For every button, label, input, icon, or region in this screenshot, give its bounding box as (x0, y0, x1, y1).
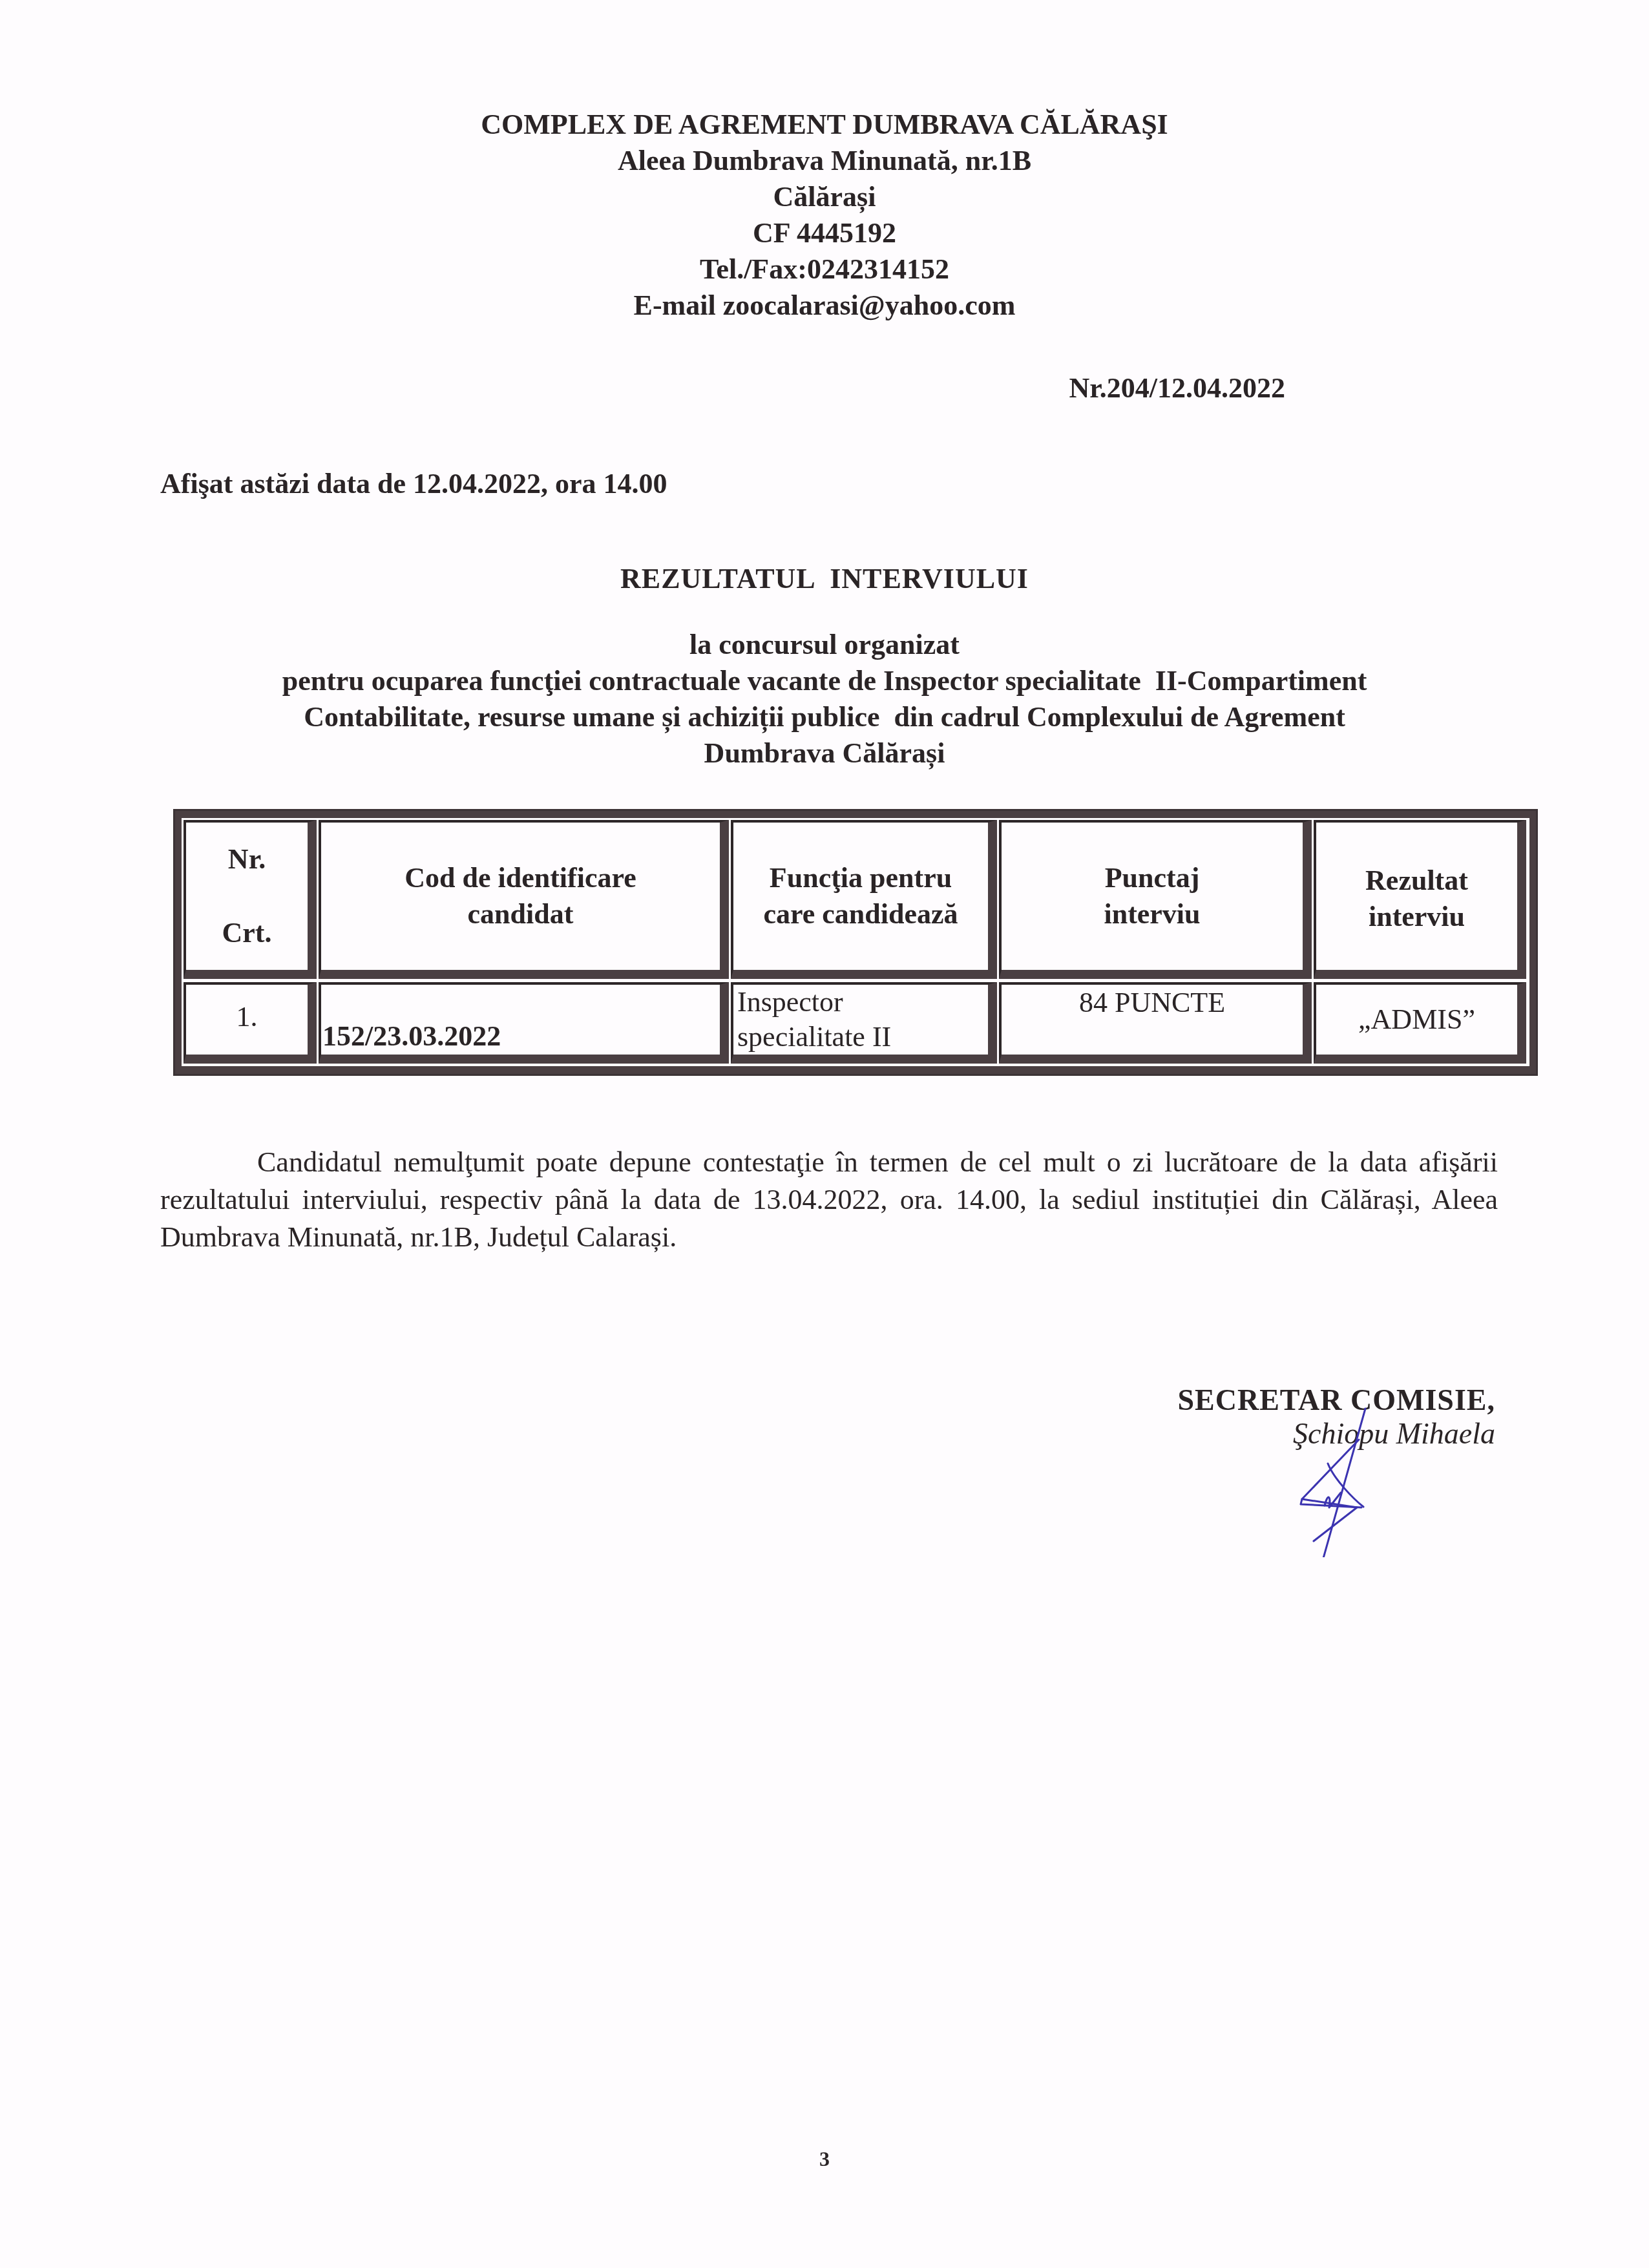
document-subtitle: la concursul organizat pentru ocuparea f… (0, 627, 1649, 772)
header-candidate-code: Cod de identificare candidat (319, 820, 729, 979)
subtitle-line: Contabilitate, resurse umane și achiziți… (0, 699, 1649, 735)
posted-notice: Afişat astăzi data de 12.04.2022, ora 14… (160, 467, 667, 500)
table-row-nr: 1. (184, 982, 317, 1064)
page-number: 3 (0, 2147, 1649, 2171)
email: E-mail zoocalarasi@yahoo.com (0, 288, 1649, 324)
table-row-code: 152/23.03.2022 (319, 982, 729, 1064)
table-row-result: „ADMIS” (1314, 982, 1526, 1064)
letterhead: COMPLEX DE AGREMENT DUMBRAVA CĂLĂRAŞI Al… (0, 107, 1649, 324)
header-function: Funcţia pentru care candidează (731, 820, 997, 979)
header-text: Cod de identificare (404, 860, 636, 896)
candidate-code: 152/23.03.2022 (322, 1020, 501, 1052)
phone-fax: Tel./Fax:0242314152 (0, 251, 1649, 288)
document-number: Nr.204/12.04.2022 (1069, 372, 1286, 404)
header-text: candidat (468, 896, 574, 932)
table-row-score: 84 PUNCTE (999, 982, 1312, 1064)
header-text: interviu (1104, 896, 1200, 932)
handwritten-signature-icon (1283, 1402, 1386, 1557)
subtitle-line: pentru ocuparea funcţiei contractuale va… (0, 663, 1649, 699)
header-interview-score: Punctaj interviu (999, 820, 1312, 979)
header-interview-result: Rezultat interviu (1314, 820, 1526, 979)
header-text: Rezultat (1365, 863, 1468, 899)
header-text: Funcţia pentru (770, 860, 952, 896)
subtitle-line: Dumbrava Călărași (0, 735, 1649, 772)
institution-name: COMPLEX DE AGREMENT DUMBRAVA CĂLĂRAŞI (0, 107, 1649, 143)
function-text: specialitate II (737, 1020, 988, 1055)
header-text: Nr. (228, 841, 266, 877)
header-text: Punctaj (1105, 860, 1200, 896)
interview-result: „ADMIS” (1358, 1003, 1475, 1035)
row-nr: 1. (236, 1001, 258, 1033)
results-table: Nr. Crt. Cod de identificare candidat Fu… (173, 809, 1538, 1076)
table-body: Nr. Crt. Cod de identificare candidat Fu… (182, 818, 1529, 1066)
header-text: Crt. (222, 915, 272, 951)
interview-score: 84 PUNCTE (1079, 987, 1225, 1018)
header-text: care candidează (763, 896, 958, 932)
table-row-function: Inspector specialitate II (731, 982, 997, 1064)
subtitle-line: la concursul organizat (0, 627, 1649, 663)
function-text: Inspector (737, 985, 988, 1020)
appeal-paragraph: Candidatul nemulţumit poate depune conte… (160, 1144, 1498, 1256)
header-text: interviu (1369, 899, 1465, 935)
fiscal-code: CF 4445192 (0, 215, 1649, 251)
institution-city: Călărași (0, 179, 1649, 215)
document-title: REZULTATUL INTERVIULUI (0, 562, 1649, 595)
header-nr-crt: Nr. Crt. (184, 820, 317, 979)
institution-address: Aleea Dumbrava Minunată, nr.1B (0, 143, 1649, 179)
